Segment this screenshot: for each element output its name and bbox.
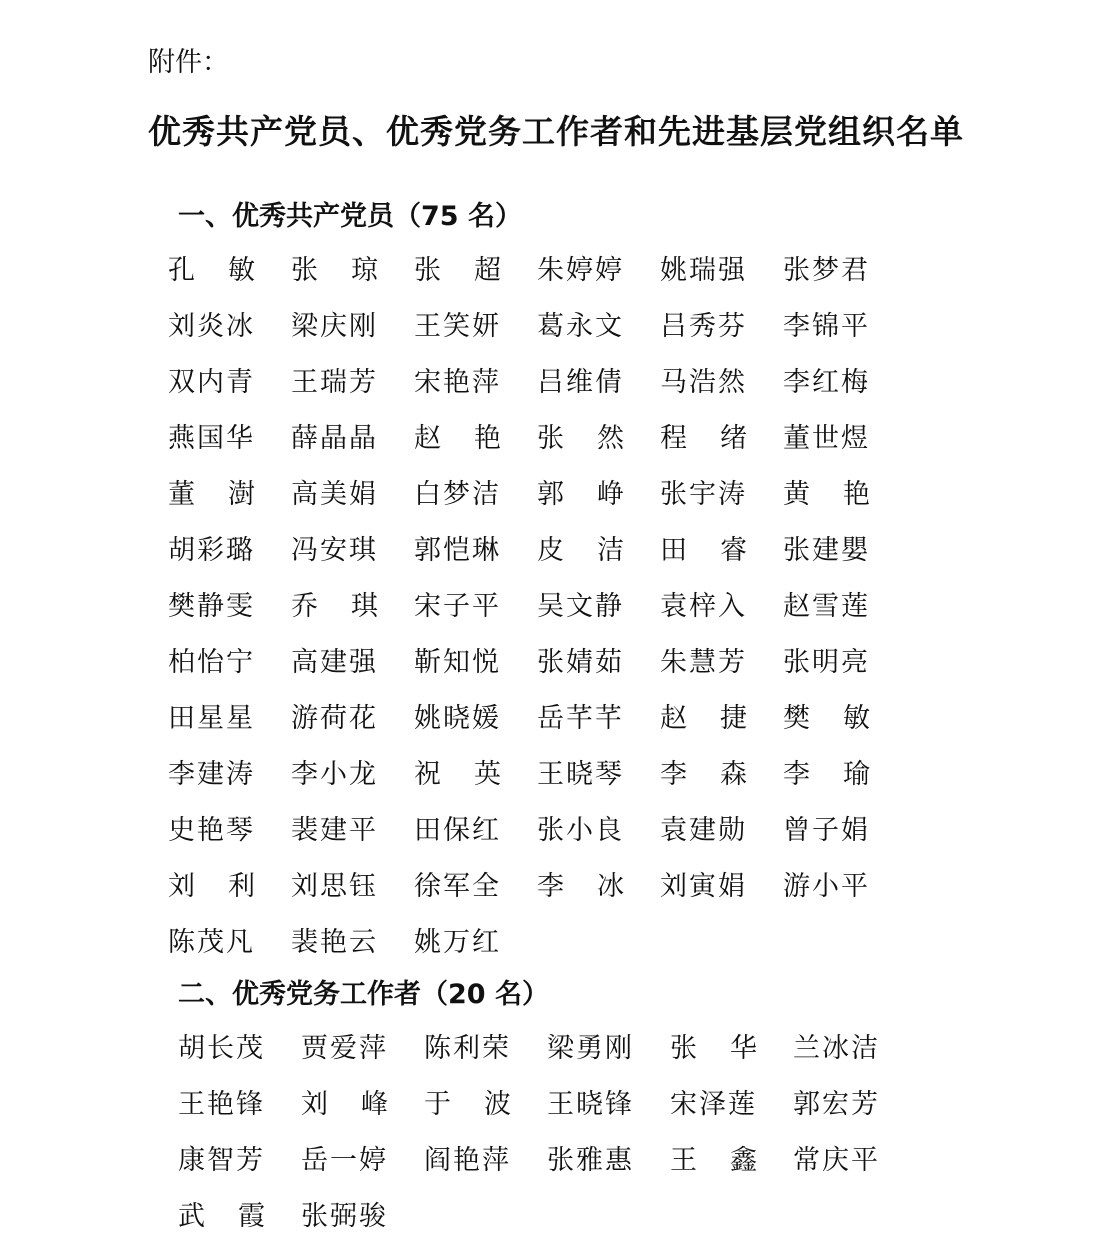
attachment-label: 附件：	[148, 40, 229, 79]
person-name: 张小良	[537, 808, 660, 847]
name-row: 樊静雯乔琪宋子平吴文静袁梓入赵雪莲	[168, 575, 906, 631]
person-name: 姚瑞强	[660, 248, 783, 287]
person-name: 田保红	[414, 808, 537, 847]
person-name: 高建强	[291, 640, 414, 679]
name-row: 柏怡宁高建强靳知悦张婧茹朱慧芳张明亮	[168, 631, 906, 687]
person-name: 史艳琴	[168, 808, 291, 847]
name-row: 史艳琴裴建平田保红张小良袁建勋曾子娟	[168, 799, 906, 855]
person-name: 朱婷婷	[537, 248, 660, 287]
person-name: 柏怡宁	[168, 640, 291, 679]
person-name: 黄艳	[783, 472, 906, 511]
person-name: 王晓琴	[537, 752, 660, 791]
person-name: 宋艳萍	[414, 360, 537, 399]
person-name: 樊静雯	[168, 584, 291, 623]
person-name: 皮洁	[537, 528, 660, 567]
person-name: 燕国华	[168, 416, 291, 455]
person-name: 董世煜	[783, 416, 906, 455]
person-name: 王瑞芳	[291, 360, 414, 399]
person-name: 曾子娟	[783, 808, 906, 847]
person-name: 武霞	[178, 1194, 301, 1233]
person-name: 张明亮	[783, 640, 906, 679]
person-name: 李瑜	[783, 752, 906, 791]
person-name: 于波	[424, 1082, 547, 1121]
person-name: 裴艳云	[291, 920, 414, 959]
person-name: 吕维倩	[537, 360, 660, 399]
person-name: 张超	[414, 248, 537, 287]
person-name: 田睿	[660, 528, 783, 567]
person-name: 李建涛	[168, 752, 291, 791]
person-name: 阎艳萍	[424, 1138, 547, 1177]
person-name: 游小平	[783, 864, 906, 903]
party-member-name-grid: 孔敏张琼张超朱婷婷姚瑞强张梦君刘炎冰梁庆刚王笑妍葛永文吕秀芬李锦平双内青王瑞芳宋…	[168, 239, 906, 967]
person-name: 康智芳	[178, 1138, 301, 1177]
person-name: 李森	[660, 752, 783, 791]
name-row: 陈茂凡裴艳云姚万红	[168, 911, 906, 967]
person-name: 刘寅娟	[660, 864, 783, 903]
person-name: 张梦君	[783, 248, 906, 287]
person-name: 刘思钰	[291, 864, 414, 903]
name-row: 田星星游荷花姚晓媛岳芊芊赵捷樊敏	[168, 687, 906, 743]
name-row: 胡长茂贾爱萍陈利荣梁勇刚张华兰冰洁	[178, 1017, 916, 1073]
person-name: 赵艳	[414, 416, 537, 455]
person-name: 吕秀芬	[660, 304, 783, 343]
person-name: 田星星	[168, 696, 291, 735]
person-name: 程绪	[660, 416, 783, 455]
name-row: 董澍高美娟白梦洁郭峥张宇涛黄艳	[168, 463, 906, 519]
name-row: 李建涛李小龙祝英王晓琴李森李瑜	[168, 743, 906, 799]
person-name: 赵捷	[660, 696, 783, 735]
person-name: 常庆平	[793, 1138, 916, 1177]
name-row: 王艳锋刘峰于波王晓锋宋泽莲郭宏芳	[178, 1073, 916, 1129]
person-name: 白梦洁	[414, 472, 537, 511]
person-name: 刘利	[168, 864, 291, 903]
name-row: 刘利刘思钰徐军全李冰刘寅娟游小平	[168, 855, 906, 911]
person-name: 张然	[537, 416, 660, 455]
person-name: 徐军全	[414, 864, 537, 903]
person-name: 王艳锋	[178, 1082, 301, 1121]
person-name: 宋子平	[414, 584, 537, 623]
person-name: 李红梅	[783, 360, 906, 399]
person-name: 梁勇刚	[547, 1026, 670, 1065]
name-row: 康智芳岳一婷阎艳萍张雅惠王鑫常庆平	[178, 1129, 916, 1185]
person-name: 张宇涛	[660, 472, 783, 511]
person-name: 靳知悦	[414, 640, 537, 679]
person-name: 宋泽莲	[670, 1082, 793, 1121]
person-name: 吴文静	[537, 584, 660, 623]
person-name: 张琼	[291, 248, 414, 287]
person-name: 双内青	[168, 360, 291, 399]
section-heading-party-members: 一、优秀共产党员（75 名）	[178, 194, 522, 233]
person-name: 马浩然	[660, 360, 783, 399]
person-name: 董澍	[168, 472, 291, 511]
person-name: 贾爱萍	[301, 1026, 424, 1065]
person-name: 朱慧芳	[660, 640, 783, 679]
person-name: 张弼骏	[301, 1194, 424, 1233]
person-name: 郭宏芳	[793, 1082, 916, 1121]
person-name: 刘炎冰	[168, 304, 291, 343]
person-name: 薛晶晶	[291, 416, 414, 455]
person-name: 张建嬰	[783, 528, 906, 567]
name-row: 武霞张弼骏	[178, 1185, 916, 1241]
person-name: 孔敏	[168, 248, 291, 287]
person-name: 冯安琪	[291, 528, 414, 567]
name-row: 刘炎冰梁庆刚王笑妍葛永文吕秀芬李锦平	[168, 295, 906, 351]
person-name: 姚万红	[414, 920, 537, 959]
person-name: 袁梓入	[660, 584, 783, 623]
person-name: 郭恺琳	[414, 528, 537, 567]
person-name: 岳芊芊	[537, 696, 660, 735]
person-name: 胡长茂	[178, 1026, 301, 1065]
person-name: 赵雪莲	[783, 584, 906, 623]
person-name: 兰冰洁	[793, 1026, 916, 1065]
section-heading-party-workers: 二、优秀党务工作者（20 名）	[178, 972, 549, 1011]
person-name: 岳一婷	[301, 1138, 424, 1177]
person-name: 袁建勋	[660, 808, 783, 847]
person-name: 葛永文	[537, 304, 660, 343]
name-row: 燕国华薛晶晶赵艳张然程绪董世煜	[168, 407, 906, 463]
name-row: 孔敏张琼张超朱婷婷姚瑞强张梦君	[168, 239, 906, 295]
person-name: 胡彩璐	[168, 528, 291, 567]
person-name: 陈利荣	[424, 1026, 547, 1065]
name-row: 胡彩璐冯安琪郭恺琳皮洁田睿张建嬰	[168, 519, 906, 575]
person-name: 梁庆刚	[291, 304, 414, 343]
person-name: 姚晓媛	[414, 696, 537, 735]
person-name: 张雅惠	[547, 1138, 670, 1177]
person-name: 刘峰	[301, 1082, 424, 1121]
person-name: 张华	[670, 1026, 793, 1065]
name-row: 双内青王瑞芳宋艳萍吕维倩马浩然李红梅	[168, 351, 906, 407]
person-name: 高美娟	[291, 472, 414, 511]
person-name: 乔琪	[291, 584, 414, 623]
document-title: 优秀共产党员、优秀党务工作者和先进基层党组织名单	[0, 106, 1102, 153]
person-name: 樊敏	[783, 696, 906, 735]
person-name: 李冰	[537, 864, 660, 903]
person-name: 王笑妍	[414, 304, 537, 343]
person-name: 李小龙	[291, 752, 414, 791]
person-name: 王晓锋	[547, 1082, 670, 1121]
person-name: 王鑫	[670, 1138, 793, 1177]
person-name: 陈茂凡	[168, 920, 291, 959]
person-name: 裴建平	[291, 808, 414, 847]
person-name: 郭峥	[537, 472, 660, 511]
person-name: 祝英	[414, 752, 537, 791]
person-name: 李锦平	[783, 304, 906, 343]
party-worker-name-grid: 胡长茂贾爱萍陈利荣梁勇刚张华兰冰洁王艳锋刘峰于波王晓锋宋泽莲郭宏芳康智芳岳一婷阎…	[178, 1017, 916, 1241]
person-name: 张婧茹	[537, 640, 660, 679]
person-name: 游荷花	[291, 696, 414, 735]
